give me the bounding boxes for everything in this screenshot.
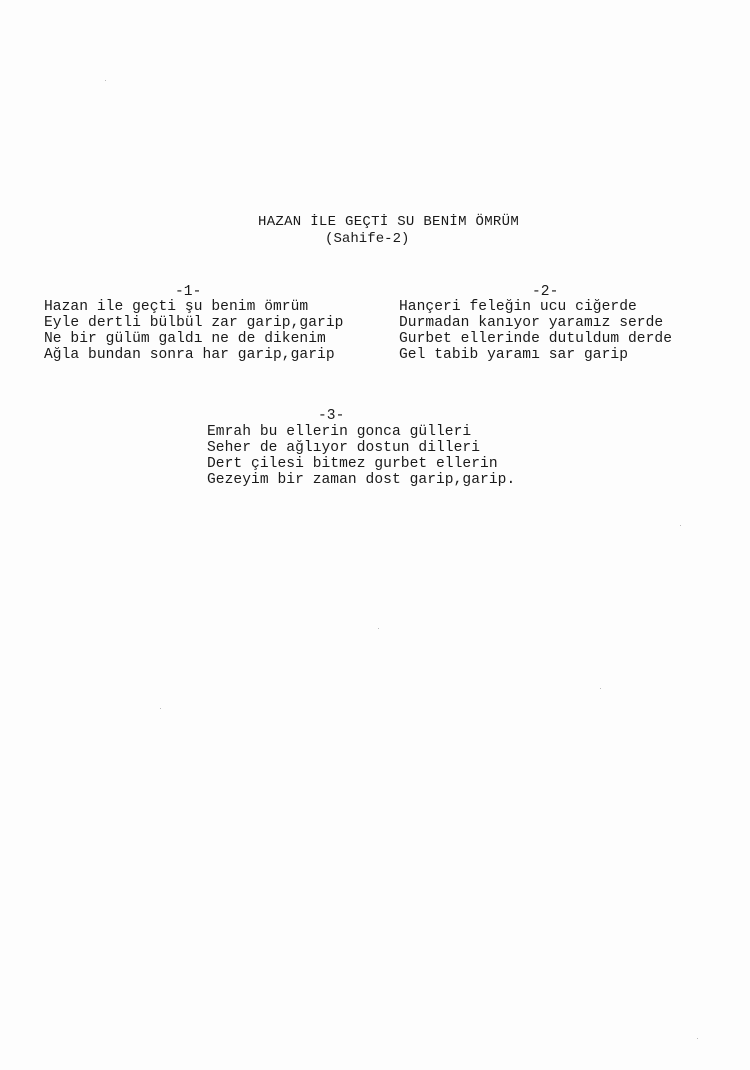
- stanza-line: Ne bir gülüm galdı ne de dikenim: [44, 331, 343, 347]
- stanza-2-number: -2-: [532, 284, 558, 300]
- scan-speck: [160, 708, 161, 709]
- stanza-line: Durmadan kanıyor yaramız serde: [399, 315, 672, 331]
- stanza-line: Dert çilesi bitmez gurbet ellerin: [207, 456, 515, 472]
- stanza-line: Hazan ile geçti şu benim ömrüm: [44, 299, 343, 315]
- stanza-line: Gel tabib yaramı sar garip: [399, 347, 672, 363]
- stanza-line: Hançeri feleğin ucu ciğerde: [399, 299, 672, 315]
- stanza-line: Gurbet ellerinde dutuldum derde: [399, 331, 672, 347]
- stanza-2: Hançeri feleğin ucu ciğerde Durmadan kan…: [399, 299, 672, 363]
- scan-speck: [600, 688, 601, 689]
- stanza-1-number: -1-: [175, 284, 201, 300]
- stanza-3: Emrah bu ellerin gonca gülleri Seher de …: [207, 424, 515, 488]
- page-subtitle: (Sahife-2): [325, 231, 410, 247]
- scan-speck: [378, 628, 379, 629]
- stanza-line: Eyle dertli bülbül zar garip,garip: [44, 315, 343, 331]
- stanza-3-number: -3-: [318, 408, 344, 424]
- stanza-line: Gezeyim bir zaman dost garip,garip.: [207, 472, 515, 488]
- scan-speck: [680, 525, 681, 526]
- stanza-1: Hazan ile geçti şu benim ömrüm Eyle dert…: [44, 299, 343, 363]
- stanza-line: Ağla bundan sonra har garip,garip: [44, 347, 343, 363]
- scan-speck: [105, 80, 106, 81]
- stanza-line: Emrah bu ellerin gonca gülleri: [207, 424, 515, 440]
- stanza-line: Seher de ağlıyor dostun dilleri: [207, 440, 515, 456]
- poem-title: HAZAN İLE GEÇTİ SU BENİM ÖMRÜM: [258, 214, 519, 230]
- scan-speck: [697, 1038, 698, 1039]
